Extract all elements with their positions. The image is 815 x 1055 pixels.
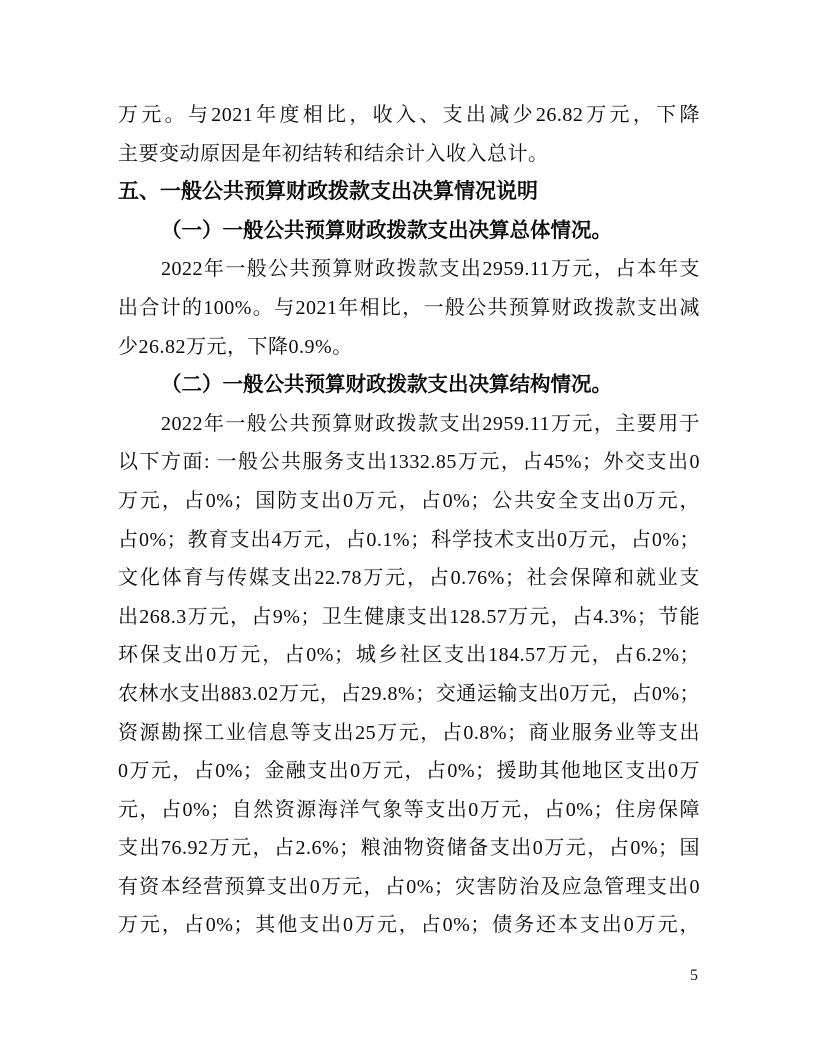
body-line: 以下方面: 一般公共服务支出1332.85万元，占45%；外交支出0 [118, 443, 700, 482]
body-line: 文化体育与传媒支出22.78万元，占0.76%；社会保障和就业支 [118, 559, 700, 598]
body-line: 2022年一般公共预算财政拨款支出2959.11万元，占本年支 [118, 250, 700, 289]
subsection-heading-2: （二）一般公共预算财政拨款支出决算结构情况。 [118, 366, 700, 405]
body-line: 万元。与2021年度相比，收入、支出减少26.82万元，下降0.9%。 [118, 96, 700, 135]
document-page: 万元。与2021年度相比，收入、支出减少26.82万元，下降0.9%。 主要变动… [0, 0, 815, 1055]
body-line: 农林水支出883.02万元，占29.8%；交通运输支出0万元，占0%； [118, 675, 700, 714]
body-line: 0万元，占0%；金融支出0万元，占0%；援助其他地区支出0万 [118, 752, 700, 791]
body-line: 支出76.92万元，占2.6%；粮油物资储备支出0万元，占0%；国 [118, 829, 700, 868]
body-line: 万元，占0%；国防支出0万元，占0%；公共安全支出0万元， [118, 482, 700, 521]
body-line: 出268.3万元，占9%；卫生健康支出128.57万元，占4.3%；节能 [118, 598, 700, 637]
body-line: 环保支出0万元，占0%；城乡社区支出184.57万元，占6.2%； [118, 636, 700, 675]
body-line: 万元，占0%；其他支出0万元，占0%；债务还本支出0万元， [118, 906, 700, 945]
body-line: 2022年一般公共预算财政拨款支出2959.11万元，主要用于 [118, 405, 700, 444]
subsection-heading-1: （一）一般公共预算财政拨款支出决算总体情况。 [118, 212, 700, 251]
body-line: 出合计的100%。与2021年相比，一般公共预算财政拨款支出减 [118, 289, 700, 328]
body-line: 占0%；教育支出4万元，占0.1%；科学技术支出0万元，占0%； [118, 521, 700, 560]
body-line: 资源勘探工业信息等支出25万元，占0.8%；商业服务业等支出 [118, 714, 700, 753]
body-line: 少26.82万元，下降0.9%。 [118, 328, 700, 367]
body-line: 有资本经营预算支出0万元，占0%；灾害防治及应急管理支出0 [118, 868, 700, 907]
page-number: 5 [684, 966, 704, 986]
document-text-block: 万元。与2021年度相比，收入、支出减少26.82万元，下降0.9%。 主要变动… [118, 96, 700, 945]
body-line: 主要变动原因是年初结转和结余计入收入总计。 [118, 135, 700, 174]
section-heading: 五、一般公共预算财政拨款支出决算情况说明 [118, 173, 700, 212]
body-line: 元，占0%；自然资源海洋气象等支出0万元，占0%；住房保障 [118, 791, 700, 830]
